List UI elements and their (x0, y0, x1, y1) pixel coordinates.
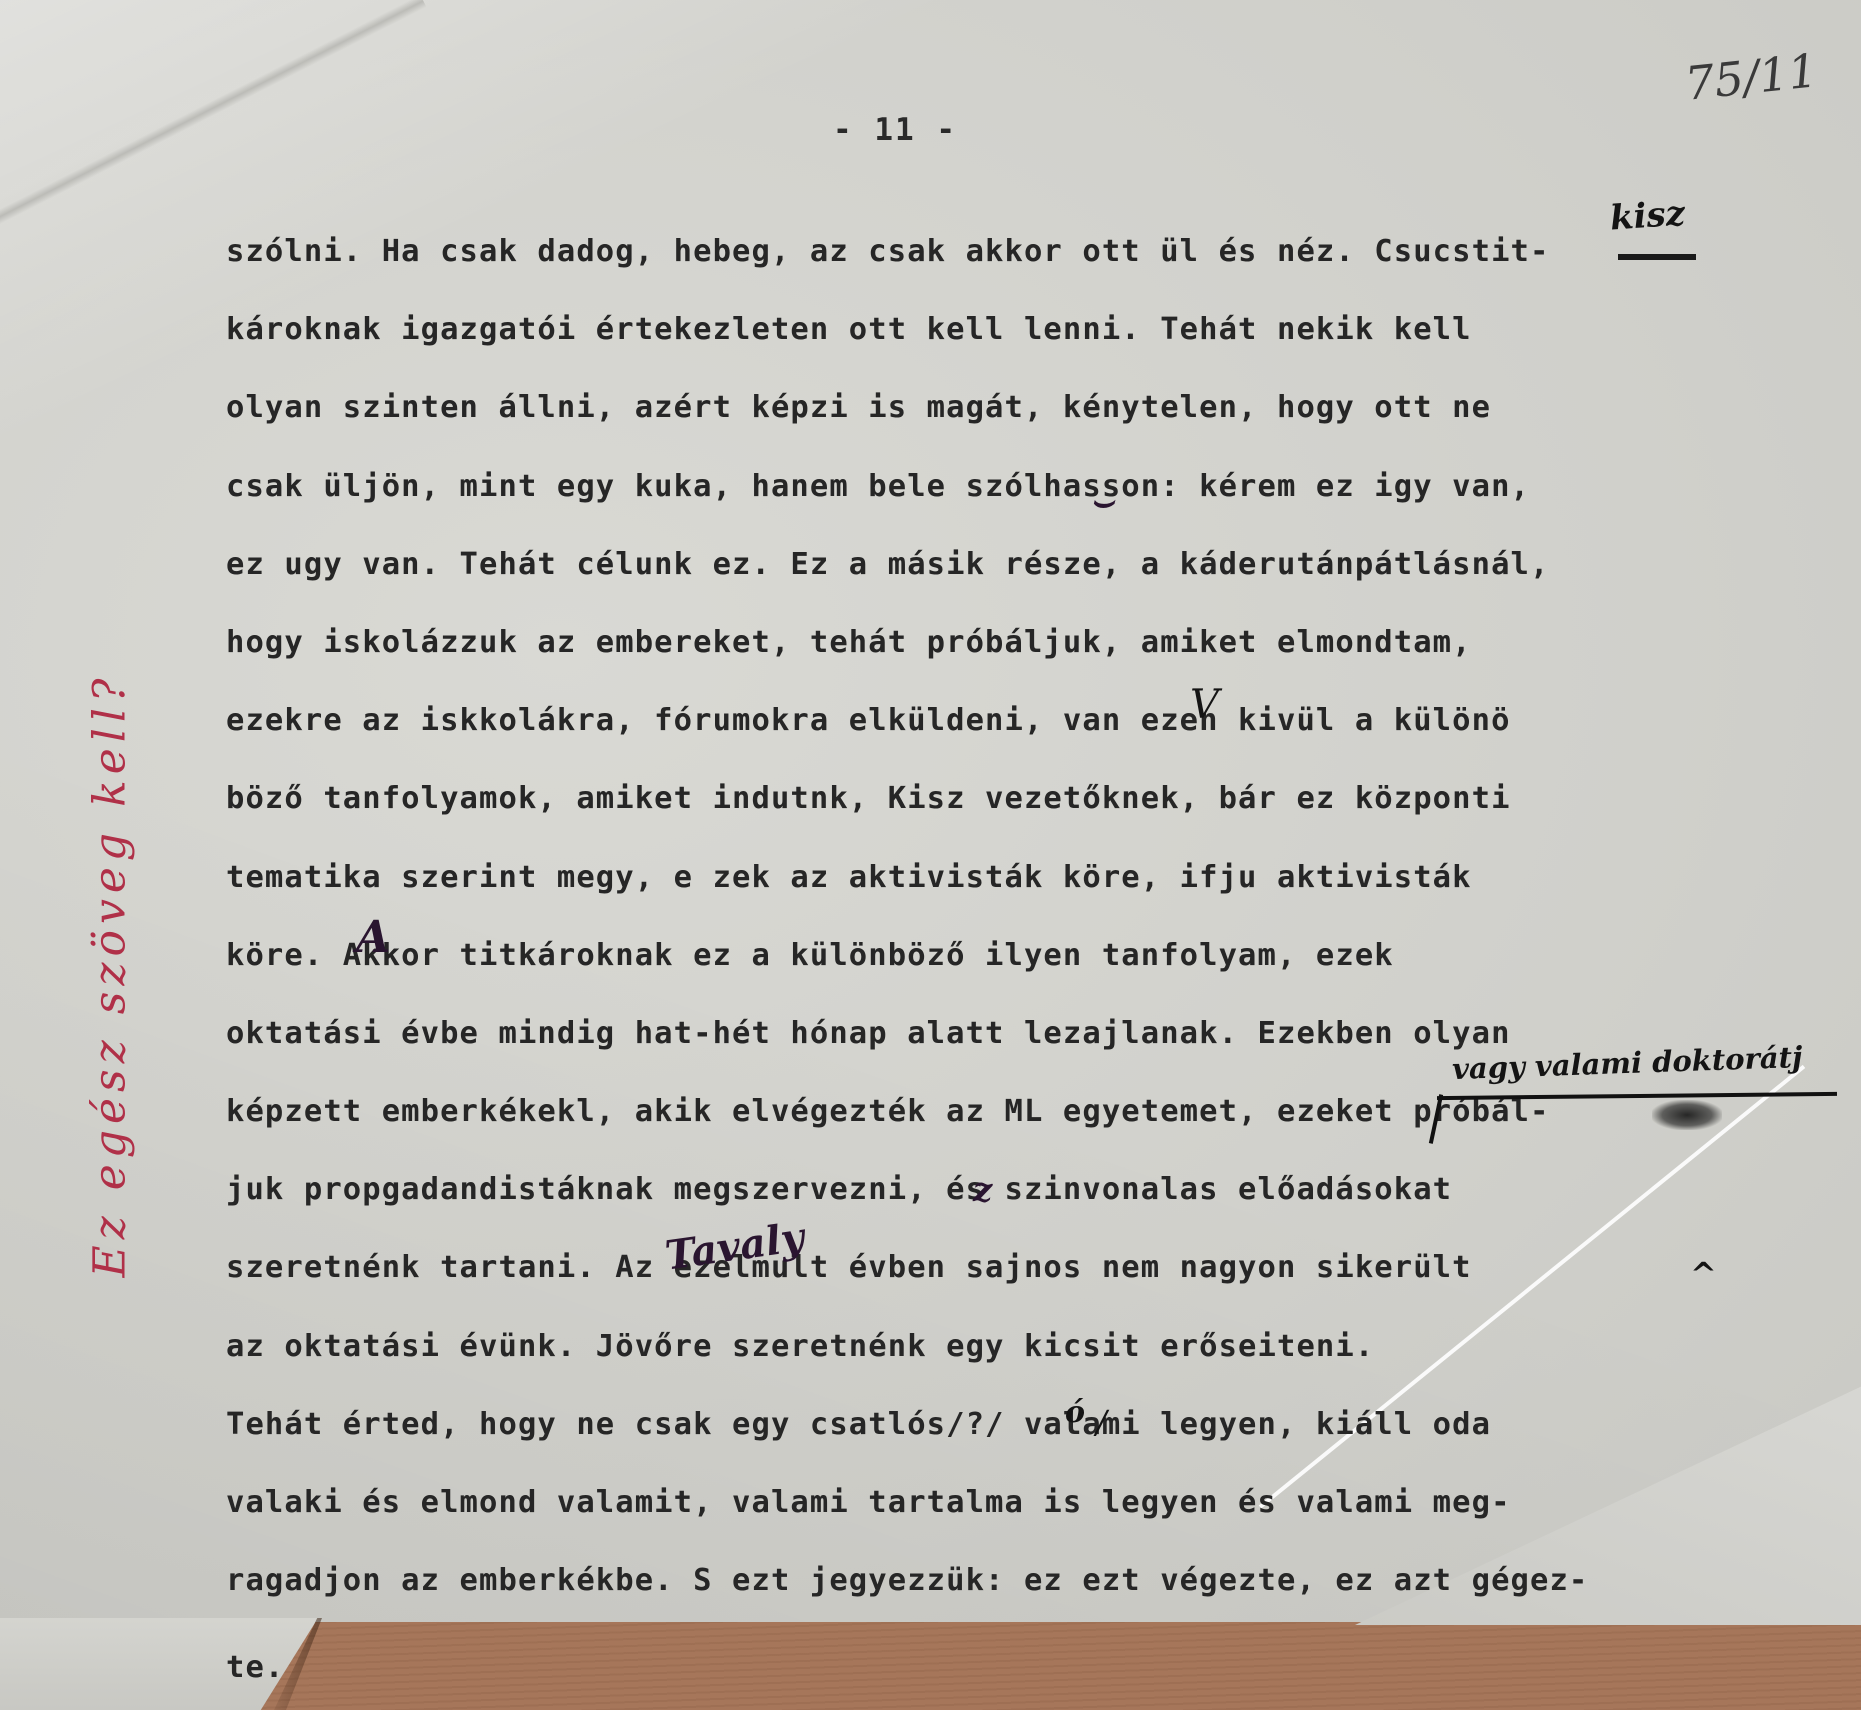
text-line: képzett emberkékekl, akik elvégezték az … (226, 1092, 1846, 1170)
text-line: ez ugy van. Tehát célunk ez. Ez a másik … (226, 545, 1846, 623)
strikethrough-mark (1618, 254, 1696, 260)
text-line: böző tanfolyamok, amiket indutnk, Kisz v… (226, 779, 1846, 857)
text-line: szólni. Ha csak dadog, hebeg, az csak ak… (226, 232, 1846, 310)
text-line: hogy iskolázzuk az embereket, tehát prób… (226, 623, 1846, 701)
handwritten-a-correction: A (356, 912, 390, 963)
text-line: valaki és elmond valamit, valami tartalm… (226, 1483, 1846, 1561)
text-line: ragadjon az emberkékbe. S ezt jegyezzük:… (226, 1561, 1846, 1639)
handwritten-caret: ^ (1690, 1255, 1717, 1293)
text-line: az oktatási évünk. Jövőre szeretnénk egy… (226, 1327, 1846, 1405)
typed-body: szólni. Ha csak dadog, hebeg, az csak ak… (226, 232, 1846, 1639)
handwritten-kisz: kisz (1609, 193, 1687, 238)
text-line: olyan szinten állni, azért képzi is magá… (226, 388, 1846, 466)
text-line: károknak igazgatói értekezleten ott kell… (226, 310, 1846, 388)
text-line: ezekre az iskkolákra, fórumokra elkülden… (226, 701, 1846, 779)
folded-strip-text: te. (226, 1650, 284, 1685)
handwritten-z-correction: z (973, 1170, 992, 1210)
ink-blot (1652, 1100, 1722, 1130)
text-line: juk propgadandistáknak megszervezni, és … (226, 1170, 1846, 1248)
text-line: köre. Akkor titkároknak ez a különböző i… (226, 936, 1846, 1014)
handwritten-v-correction: V (1190, 682, 1219, 728)
handwritten-accent: ó (1065, 1395, 1085, 1430)
page-number: - 11 - (833, 112, 957, 148)
paper-crease (0, 0, 427, 243)
text-line: tematika szerint megy, e zek az aktivist… (226, 858, 1846, 936)
margin-note-red: Ez egész szöveg kell? (85, 672, 136, 1277)
handwritten-strike: / (1096, 1403, 1107, 1441)
text-line: csak üljön, mint egy kuka, hanem bele sz… (226, 467, 1846, 545)
handwritten-join-mark: ⌣ (1090, 480, 1114, 523)
text-line: Tehát érted, hogy ne csak egy csatlós/?/… (226, 1405, 1846, 1483)
text-line: szeretnénk tartani. Az ezelmult évben sa… (226, 1248, 1846, 1326)
